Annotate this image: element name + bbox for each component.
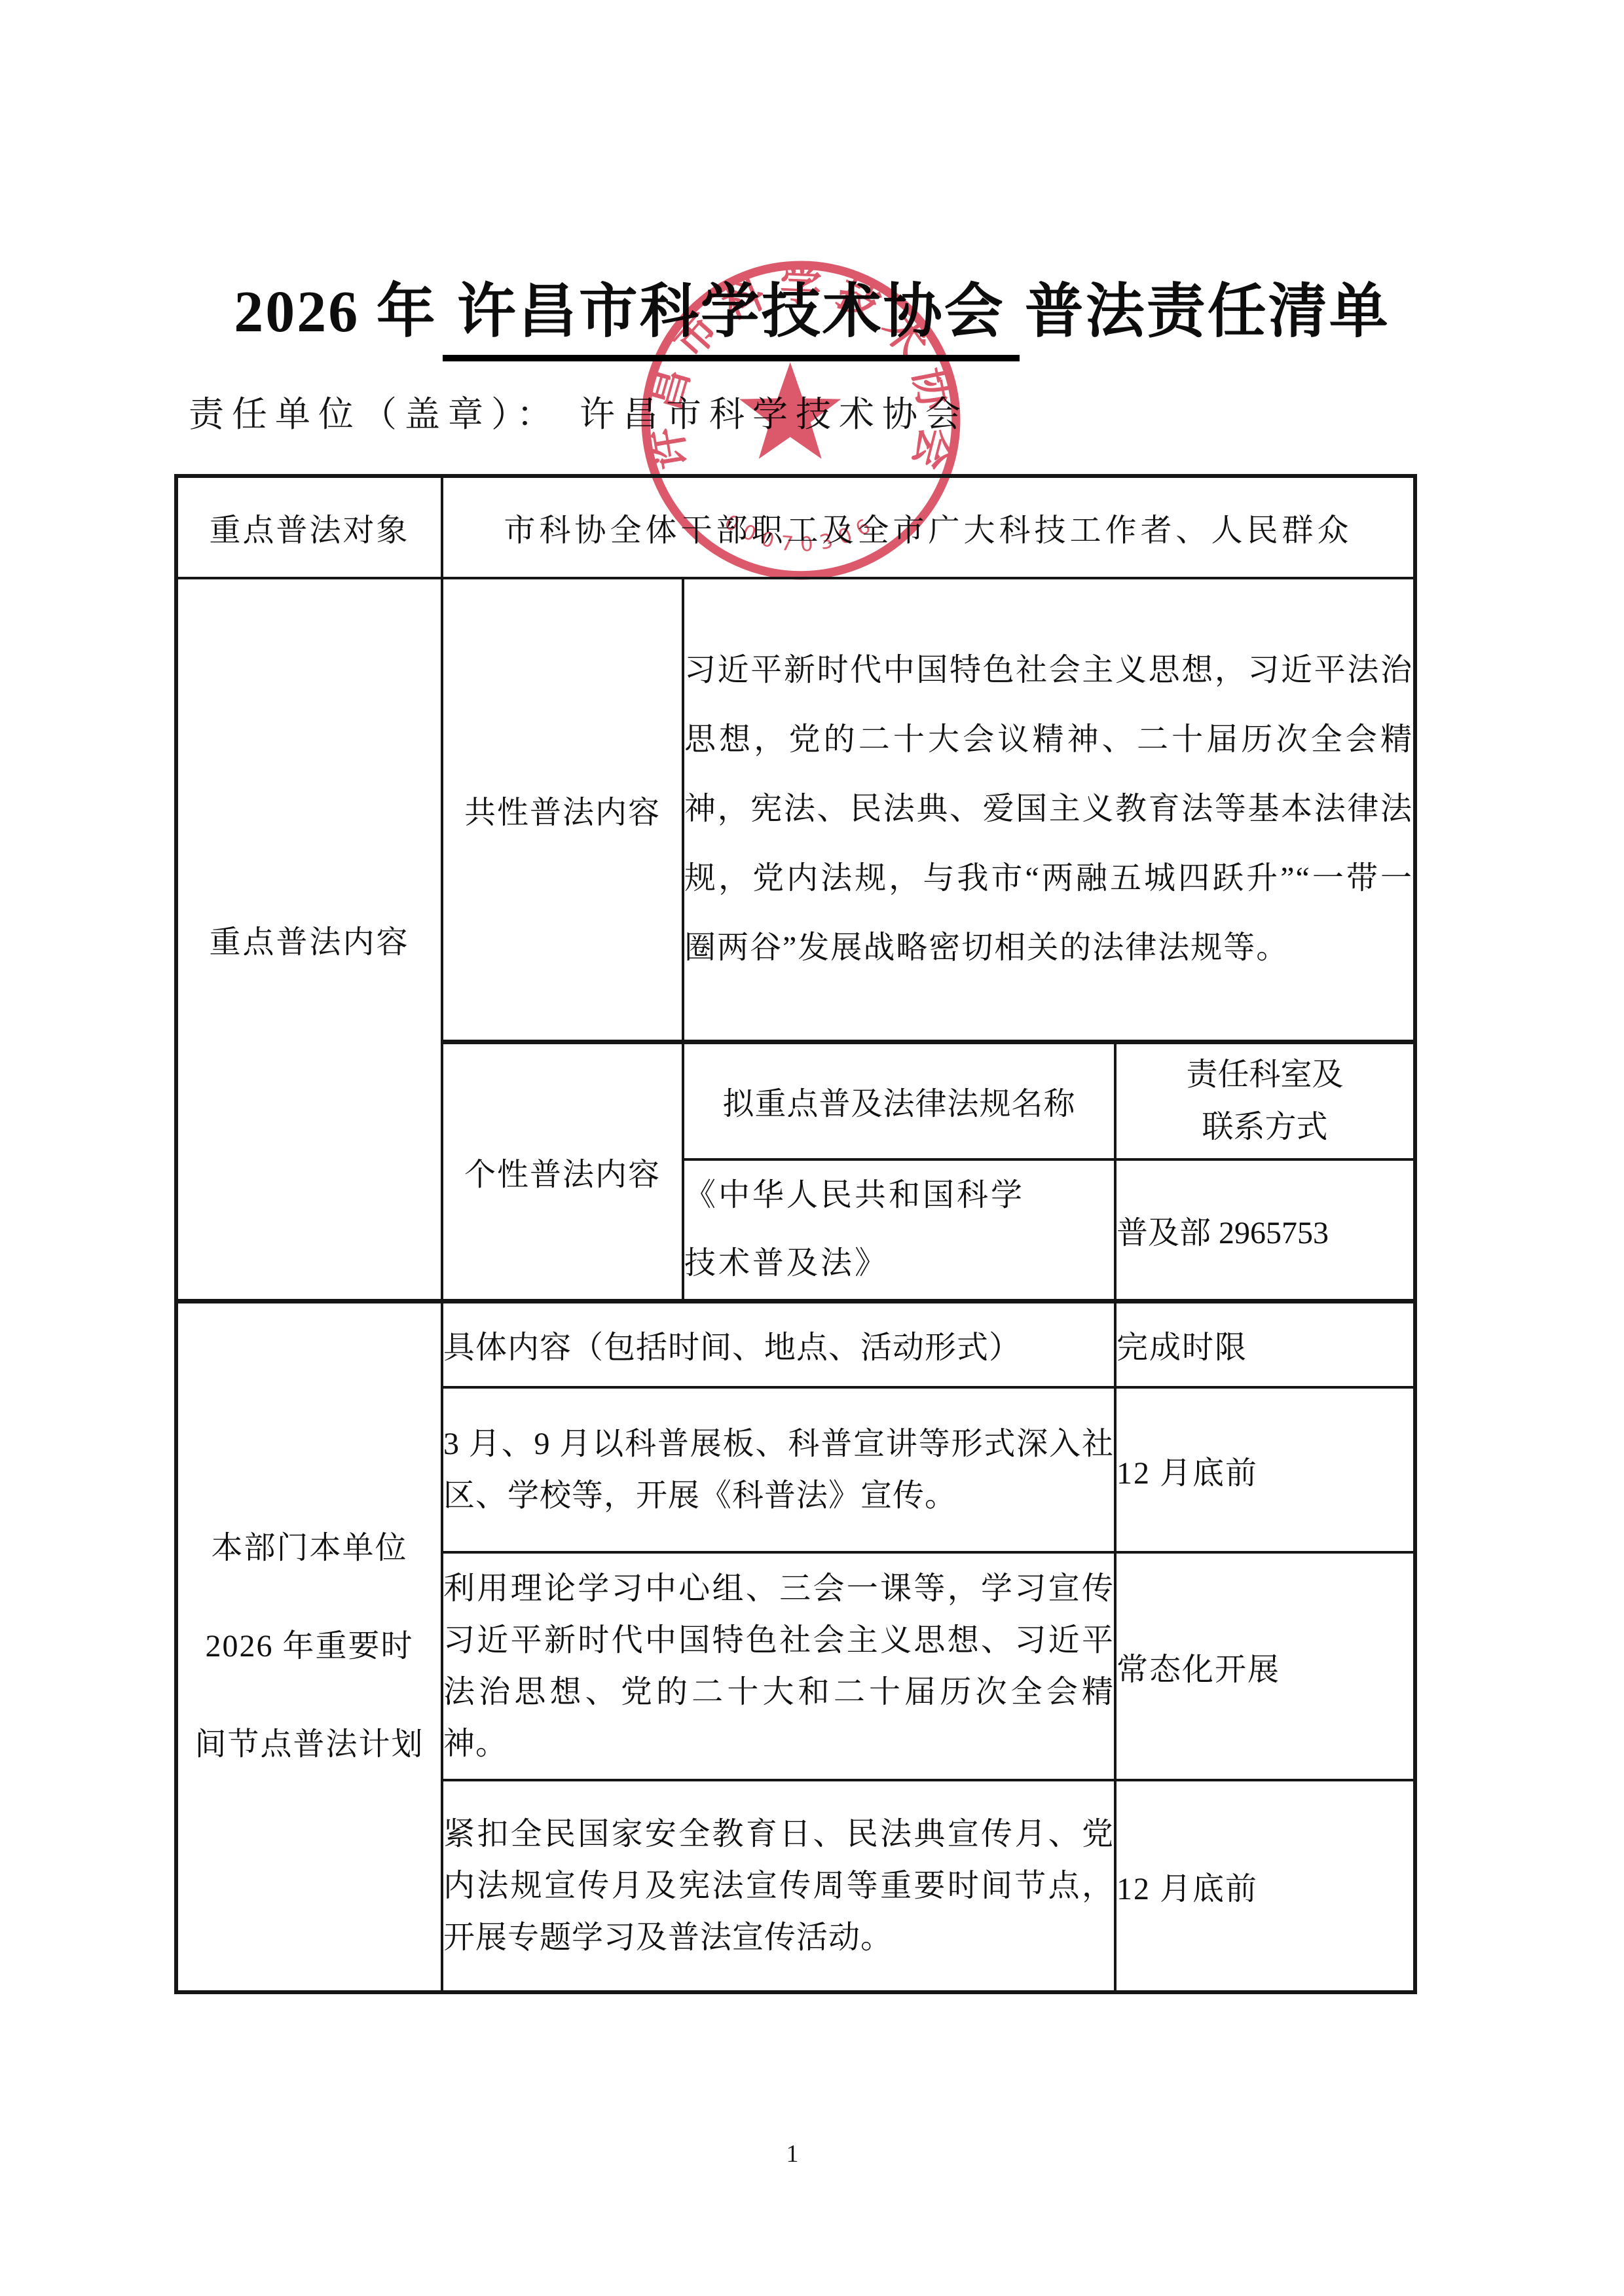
law-name-header-cell: 拟重点普及法律法规名称 — [683, 1042, 1115, 1159]
table-row: 本部门本单位 2026 年重要时 间节点普法计划 具体内容（包括时间、地点、活动… — [176, 1301, 1415, 1387]
seal-star-icon — [739, 362, 841, 459]
table-row: 重点普法内容 共性普法内容 习近平新时代中国特色社会主义思想，习近平法治思想，党… — [176, 578, 1415, 1042]
individual-content-label-cell: 个性普法内容 — [442, 1042, 683, 1301]
plan-item-deadline-cell: 12 月底前 — [1115, 1387, 1415, 1552]
plan-content-header-cell: 具体内容（包括时间、地点、活动形式） — [442, 1301, 1115, 1387]
responsible-unit-label: 责任单位（盖章）： — [189, 395, 560, 434]
plan-item-deadline-cell: 常态化开展 — [1115, 1552, 1415, 1780]
plan-deadline-header-cell: 完成时限 — [1115, 1301, 1415, 1387]
key-content-label-cell: 重点普法内容 — [176, 578, 442, 1301]
plan-item-content-cell: 3 月、9 月以科普展板、科普宣讲等形式深入社区、学校等，开展《科普法》宣传。 — [442, 1387, 1115, 1552]
law-name-cell: 《中华人民共和国科学 技术普及法》 — [683, 1159, 1115, 1301]
plan-label-cell: 本部门本单位 2026 年重要时 间节点普法计划 — [176, 1301, 442, 1992]
dept-contact-header-cell: 责任科室及 联系方式 — [1115, 1042, 1415, 1159]
common-content-text-cell: 习近平新时代中国特色社会主义思想，习近平法治思想，党的二十大会议精神、二十届历次… — [683, 578, 1415, 1042]
common-content-label-cell: 共性普法内容 — [442, 578, 683, 1042]
responsibility-table: 重点普法对象 市科协全体干部职工及全市广大科技工作者、人民群众 重点普法内容 共… — [174, 474, 1417, 1994]
dept-contact-cell: 普及部 2965753 — [1115, 1159, 1415, 1301]
key-targets-label-cell: 重点普法对象 — [176, 476, 442, 578]
seal-ring-text: 许昌市科学技术协会 — [642, 263, 960, 486]
key-targets-value-cell: 市科协全体干部职工及全市广大科技工作者、人民群众 — [442, 476, 1415, 578]
title-year: 2026 年 — [234, 280, 437, 344]
plan-item-deadline-cell: 12 月底前 — [1115, 1780, 1415, 1992]
title-suffix: 普法责任清单 — [1025, 280, 1390, 344]
page-number: 1 — [0, 2140, 1585, 2168]
document-page: 2026 年许昌市科学技术协会普法责任清单 责任单位（盖章）：许昌市科学技术协会… — [0, 0, 1624, 2296]
table-row: 重点普法对象 市科协全体干部职工及全市广大科技工作者、人民群众 — [176, 476, 1415, 578]
plan-item-content-cell: 利用理论学习中心组、三会一课等，学习宣传习近平新时代中国特色社会主义思想、习近平… — [442, 1552, 1115, 1780]
plan-item-content-cell: 紧扣全民国家安全教育日、民法典宣传月、党内法规宣传月及宪法宣传周等重要时间节点，… — [442, 1780, 1115, 1992]
